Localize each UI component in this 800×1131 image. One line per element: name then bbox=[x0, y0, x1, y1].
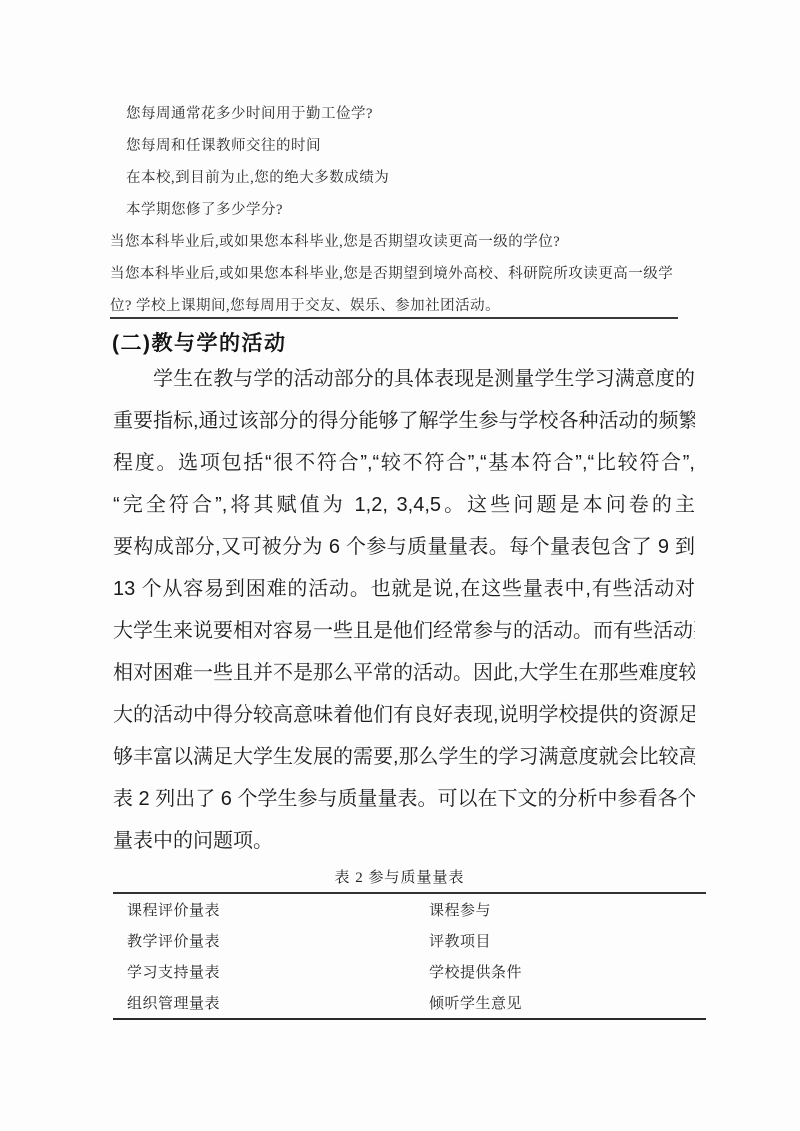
body-line: 大学生来说要相对容易一些且是他们经常参与的活动。而有些活动要 bbox=[113, 610, 695, 652]
survey-question-list: 您每周通常花多少时间用于勤工俭学? 您每周和任课教师交往的时间 在本校,到目前为… bbox=[110, 98, 698, 322]
participation-quality-scale-table: 课程评价量表 课程参与 教学评价量表 评教项目 学习支持量表 学校提供条件 组织… bbox=[113, 892, 706, 1020]
section-divider-rule bbox=[110, 317, 678, 319]
question-line: 在本校,到目前为止,您的绝大多数成绩为 bbox=[110, 162, 698, 194]
body-line: 相对困难一些且并不是那么平常的活动。因此,大学生在那些难度较 bbox=[113, 652, 695, 694]
scale-topic-cell: 学校提供条件 bbox=[429, 956, 706, 987]
body-line: 13 个从容易到困难的活动。也就是说,在这些量表中,有些活动对 bbox=[113, 568, 695, 610]
body-line: “完全符合”,将其赋值为 1,2, 3,4,5。这些问题是本问卷的主 bbox=[113, 484, 695, 526]
table-row: 教学评价量表 评教项目 bbox=[113, 925, 706, 956]
scale-name-cell: 组织管理量表 bbox=[113, 987, 429, 1019]
question-line: 您每周通常花多少时间用于勤工俭学? bbox=[110, 98, 698, 130]
table-row: 组织管理量表 倾听学生意见 bbox=[113, 987, 706, 1019]
scale-name-cell: 学习支持量表 bbox=[113, 956, 429, 987]
table-row: 学习支持量表 学校提供条件 bbox=[113, 956, 706, 987]
scale-name-cell: 课程评价量表 bbox=[113, 893, 429, 925]
body-line: 程度。选项包括“很不符合”,“较不符合”,“基本符合”,“比较符合”, bbox=[113, 442, 695, 484]
question-line: 当您本科毕业后,或如果您本科毕业,您是否期望攻读更高一级的学位? bbox=[110, 226, 698, 258]
document-page: 您每周通常花多少时间用于勤工俭学? 您每周和任课教师交往的时间 在本校,到目前为… bbox=[0, 0, 800, 1131]
scale-name-cell: 教学评价量表 bbox=[113, 925, 429, 956]
body-line: 要构成部分,又可被分为 6 个参与质量量表。每个量表包含了 9 到 bbox=[113, 526, 695, 568]
question-line: 本学期您修了多少学分? bbox=[110, 194, 698, 226]
body-line: 学生在教与学的活动部分的具体表现是测量学生学习满意度的 bbox=[113, 358, 695, 400]
scale-topic-cell: 课程参与 bbox=[429, 893, 706, 925]
scale-topic-cell: 评教项目 bbox=[429, 925, 706, 956]
table-row: 课程评价量表 课程参与 bbox=[113, 893, 706, 925]
scale-topic-cell: 倾听学生意见 bbox=[429, 987, 706, 1019]
body-line: 量表中的问题项。 bbox=[113, 820, 695, 862]
question-line: 当您本科毕业后,或如果您本科毕业,您是否期望到境外高校、科研院所攻读更高一级学 bbox=[110, 258, 698, 290]
body-paragraph: 学生在教与学的活动部分的具体表现是测量学生学习满意度的 重要指标,通过该部分的得… bbox=[113, 358, 695, 862]
section-heading: (二)教与学的活动 bbox=[112, 327, 287, 357]
question-line: 您每周和任课教师交往的时间 bbox=[110, 130, 698, 162]
body-line: 够丰富以满足大学生发展的需要,那么学生的学习满意度就会比较高。 bbox=[113, 736, 695, 778]
body-line: 大的活动中得分较高意味着他们有良好表现,说明学校提供的资源足 bbox=[113, 694, 695, 736]
body-line: 重要指标,通过该部分的得分能够了解学生参与学校各种活动的频繁 bbox=[113, 400, 695, 442]
table-caption: 表 2 参与质量量表 bbox=[113, 866, 686, 887]
body-line: 表 2 列出了 6 个学生参与质量量表。可以在下文的分析中参看各个 bbox=[113, 778, 695, 820]
